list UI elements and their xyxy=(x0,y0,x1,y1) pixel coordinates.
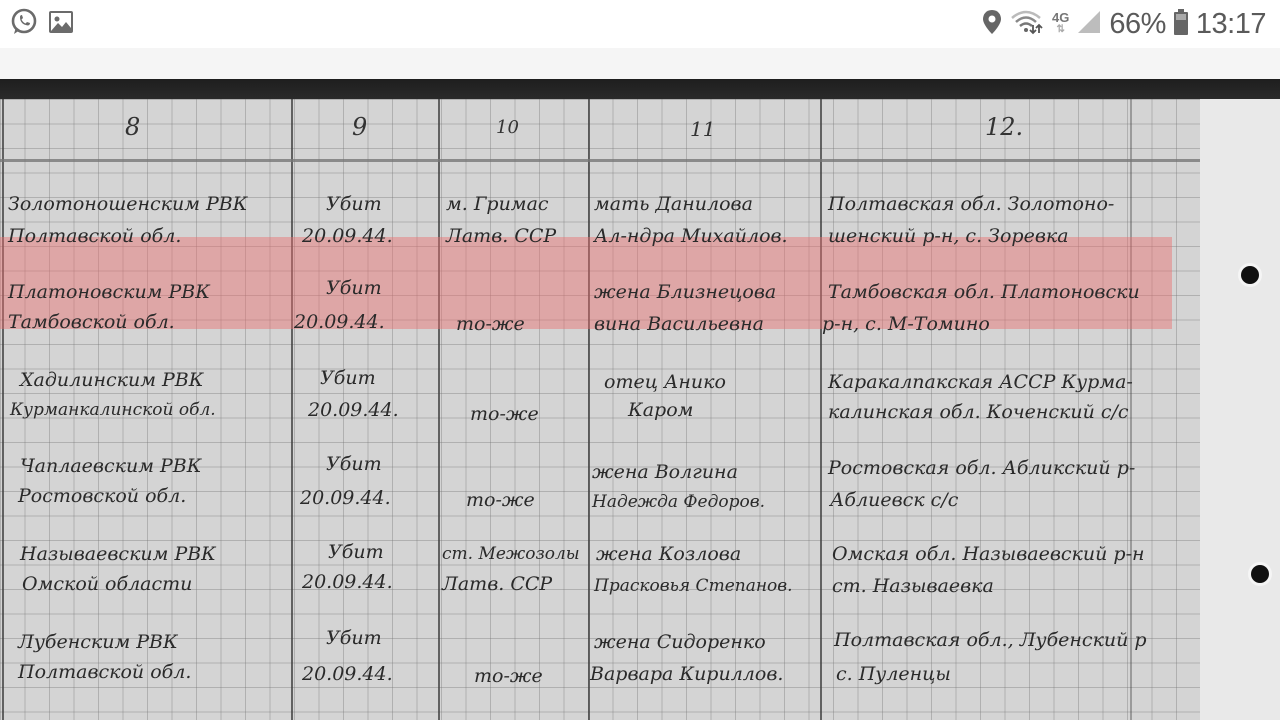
cell-relative-2: Варвара Кириллов. xyxy=(590,659,783,689)
punch-hole xyxy=(1251,565,1269,583)
cell-date: 20.09.44. xyxy=(302,221,393,251)
cell-relative: жена Волгина xyxy=(592,457,738,487)
cell-address: Каракалпакская АССР Курма- xyxy=(828,367,1133,397)
column-divider xyxy=(588,99,590,720)
column-number: 12. xyxy=(985,113,1023,141)
cell-registration-office: Лубенским РВК xyxy=(18,627,178,657)
wifi-icon xyxy=(1010,9,1044,39)
cell-burial-place: м. Гримас xyxy=(446,189,549,219)
header-rule xyxy=(0,159,1200,162)
column-number: 8 xyxy=(125,113,140,141)
cell-registration-region: Омской области xyxy=(22,569,192,599)
cell-status: Убит xyxy=(328,537,384,567)
cell-status: Убит xyxy=(326,449,382,479)
cell-burial-place-2: Латв. ССР xyxy=(446,221,556,251)
cell-burial-place-2: то-же xyxy=(470,399,539,429)
cell-registration-region: Тамбовской обл. xyxy=(8,307,175,337)
cell-address: Полтавская обл. Золотоно- xyxy=(828,189,1114,219)
cell-relative-2: Надежда Федоров. xyxy=(592,487,765,517)
network-4g-icon: 4G⇅ xyxy=(1052,12,1069,36)
gallery-icon xyxy=(48,10,74,38)
cell-registration-office: Чаплаевским РВК xyxy=(20,451,201,481)
cell-address-2: шенский р-н, с. Зоревка xyxy=(828,221,1069,251)
cell-address-2: Аблиевск с/с xyxy=(830,485,958,515)
cell-date: 20.09.44. xyxy=(302,567,393,597)
column-number: 10 xyxy=(496,117,519,138)
cell-burial-place-2: то-же xyxy=(466,485,535,515)
cell-status: Убит xyxy=(320,363,376,393)
location-icon xyxy=(982,9,1002,39)
punch-hole xyxy=(1241,266,1259,284)
cell-relative: жена Козлова xyxy=(596,539,741,569)
cell-date: 20.09.44. xyxy=(308,395,399,425)
cell-relative-2: Каром xyxy=(628,395,693,425)
cell-burial-place: ст. Межозолы xyxy=(442,539,580,569)
cell-registration-office: Называевским РВК xyxy=(20,539,216,569)
whatsapp-icon xyxy=(10,8,38,40)
cell-registration-office: Хадилинским РВК xyxy=(20,365,203,395)
column-number: 9 xyxy=(352,113,367,141)
app-toolbar xyxy=(0,48,1280,79)
cell-address-2: ст. Называевка xyxy=(832,571,994,601)
cell-registration-region: Ростовской обл. xyxy=(18,481,186,511)
cell-status: Убит xyxy=(326,189,382,219)
cell-relative-2: вина Васильевна xyxy=(594,309,764,339)
cell-address: Тамбовская обл. Платоновски xyxy=(828,277,1140,307)
cell-relative-2: Прасковья Степанов. xyxy=(594,571,793,601)
column-number: 11 xyxy=(690,117,715,141)
cell-relative: жена Сидоренко xyxy=(594,627,766,657)
cell-registration-office: Платоновским РВК xyxy=(8,277,210,307)
cell-burial-place-2: то-же xyxy=(474,661,543,691)
cell-address-2: р-н, с. М-Томино xyxy=(822,309,990,339)
status-bar-left xyxy=(10,8,74,40)
cell-relative: мать Данилова xyxy=(594,189,753,219)
battery-percent: 66% xyxy=(1109,8,1166,41)
status-bar: 4G⇅ 66% 13:17 xyxy=(0,0,1280,48)
cell-registration-office: Золотоношенским РВК xyxy=(8,189,247,219)
document-top-edge xyxy=(0,79,1280,99)
cell-date: 20.09.44. xyxy=(294,307,385,337)
column-divider xyxy=(438,99,440,720)
cell-burial-place-2: то-же xyxy=(456,309,525,339)
cell-address: Полтавская обл., Лубенский р xyxy=(834,625,1147,655)
cell-address-2: калинская обл. Коченский с/с xyxy=(828,397,1129,427)
cell-date: 20.09.44. xyxy=(300,483,391,513)
column-divider xyxy=(2,99,4,720)
cell-status: Убит xyxy=(326,273,382,303)
cell-date: 20.09.44. xyxy=(302,659,393,689)
battery-icon xyxy=(1174,9,1188,39)
cell-address-2: с. Пуленцы xyxy=(836,659,951,689)
cell-registration-region: Полтавской обл. xyxy=(8,221,181,251)
clock: 13:17 xyxy=(1196,8,1266,41)
column-divider xyxy=(820,99,822,720)
cell-relative-2: Ал-ндра Михайлов. xyxy=(594,221,788,251)
cell-address: Омская обл. Называевский р-н xyxy=(832,539,1145,569)
column-divider xyxy=(291,99,293,720)
cell-relative: жена Близнецова xyxy=(594,277,776,307)
cell-status: Убит xyxy=(326,623,382,653)
cell-relative: отец Анико xyxy=(604,367,726,397)
document-image[interactable]: 8 9 10 11 12. Золотоношенским РВК Полтав… xyxy=(0,79,1280,720)
cell-burial-place-2: Латв. ССР xyxy=(442,569,552,599)
cell-address: Ростовская обл. Абликский р- xyxy=(828,453,1135,483)
signal-icon xyxy=(1077,10,1101,38)
status-bar-right: 4G⇅ 66% 13:17 xyxy=(982,8,1266,41)
cell-registration-region: Полтавской обл. xyxy=(18,657,191,687)
page-margin xyxy=(1200,99,1280,720)
cell-registration-region: Курманкалинской обл. xyxy=(10,395,216,425)
